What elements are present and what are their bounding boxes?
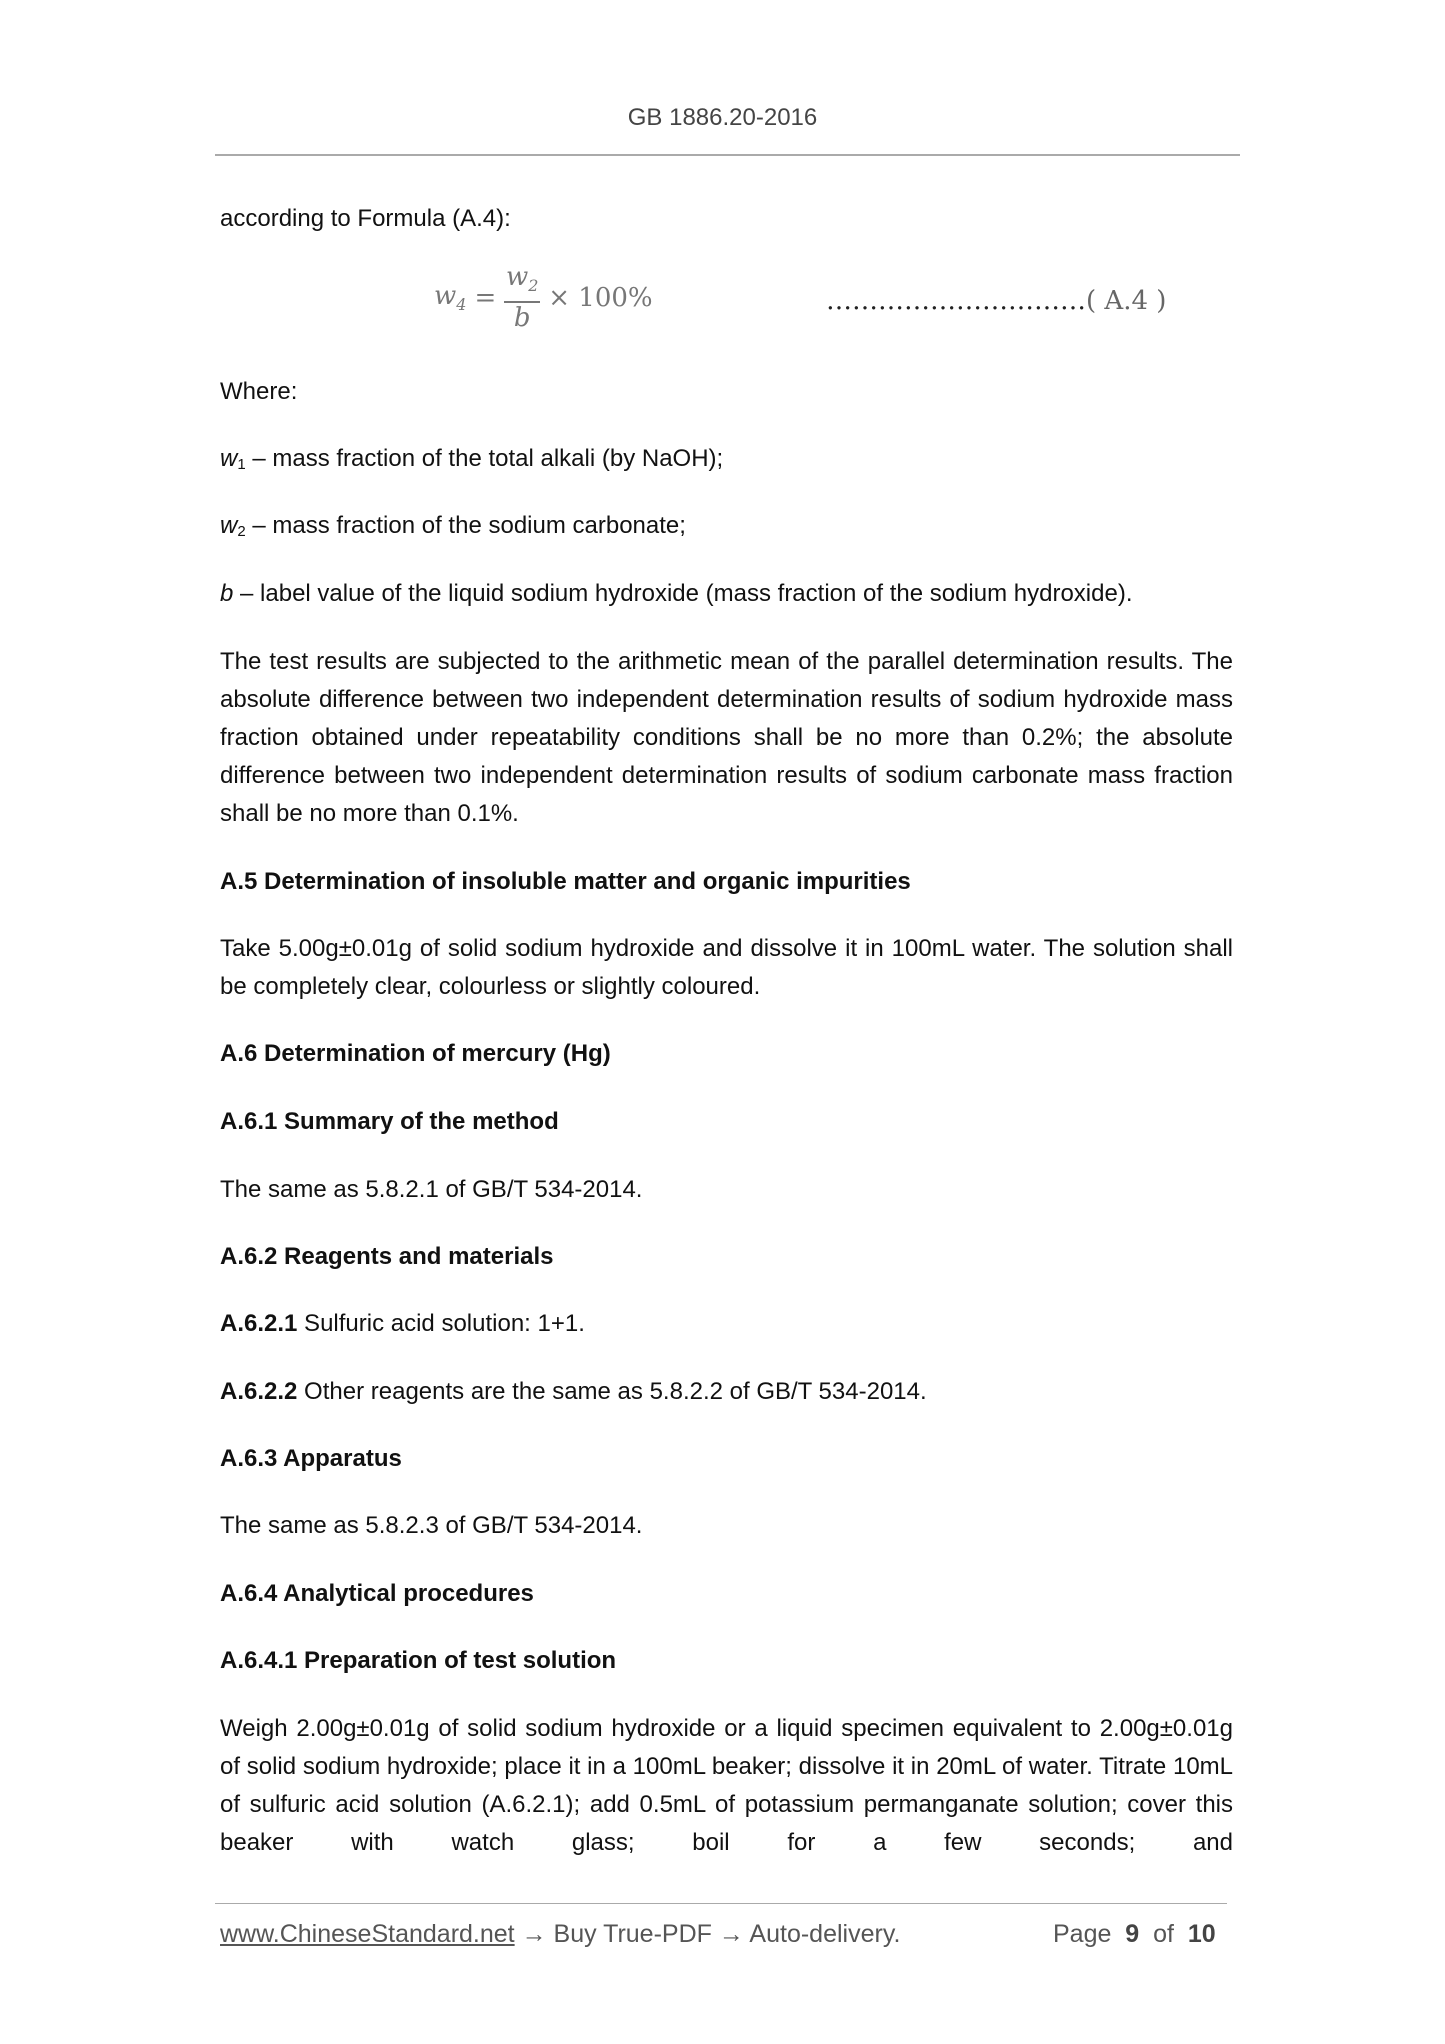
formula-times-percent: × 100% (548, 283, 652, 313)
header-rule (215, 154, 1240, 156)
equation-number: …………………………( A.4 ) (826, 286, 1166, 316)
formula-denominator: b (514, 303, 531, 333)
formula-lhs: w4 (434, 281, 466, 314)
item-a6-2-2: A.6.2.2 Other reagents are the same as 5… (220, 1373, 1233, 1411)
intro-line: according to Formula (A.4): (220, 200, 1233, 238)
heading-a6-4-1: A.6.4.1 Preparation of test solution (220, 1642, 1233, 1680)
arrow-right-icon: → (712, 1920, 750, 1948)
where-label: Where: (220, 373, 1233, 411)
formula-a4: w4 = w2 b × 100% (434, 262, 653, 333)
text-a6-4-1: Weigh 2.00g±0.01g of solid sodium hydrox… (220, 1710, 1233, 1862)
text-a5: Take 5.00g±0.01g of solid sodium hydroxi… (220, 930, 1233, 1006)
total-pages: 10 (1188, 1920, 1216, 1948)
definition-w2: w2 – mass fraction of the sodium carbona… (220, 507, 1233, 545)
text-a6-3: The same as 5.8.2.3 of GB/T 534-2014. (220, 1507, 1233, 1545)
footer-promo: www.ChineseStandard.net → Buy True-PDF →… (220, 1920, 900, 1949)
formula-numerator: w2 (506, 262, 538, 301)
formula-fraction: w2 b (504, 262, 540, 333)
arrow-right-icon: → (515, 1920, 554, 1948)
formula-equals: = (474, 283, 496, 313)
text-a6-1: The same as 5.8.2.1 of GB/T 534-2014. (220, 1171, 1233, 1209)
equation-label: A.4 (1104, 286, 1148, 316)
item-a6-2-1: A.6.2.1 Sulfuric acid solution: 1+1. (220, 1305, 1233, 1343)
definition-b: b – label value of the liquid sodium hyd… (220, 575, 1233, 613)
heading-a6-3: A.6.3 Apparatus (220, 1440, 1233, 1478)
heading-a6-1: A.6.1 Summary of the method (220, 1103, 1233, 1141)
current-page: 9 (1125, 1920, 1139, 1948)
footer-rule (215, 1903, 1227, 1904)
heading-a6-4: A.6.4 Analytical procedures (220, 1575, 1233, 1613)
document-id-header: GB 1886.20-2016 (0, 104, 1445, 132)
equation-leader: ………………………… (826, 286, 1086, 316)
heading-a5: A.5 Determination of insoluble matter an… (220, 863, 1233, 901)
heading-a6: A.6 Determination of mercury (Hg) (220, 1035, 1233, 1073)
results-paragraph: The test results are subjected to the ar… (220, 643, 1233, 833)
website-link[interactable]: www.ChineseStandard.net (220, 1920, 515, 1948)
page-indicator: Page 9 of 10 (1053, 1920, 1216, 1949)
definition-w1: w1 – mass fraction of the total alkali (… (220, 440, 1233, 478)
heading-a6-2: A.6.2 Reagents and materials (220, 1238, 1233, 1276)
